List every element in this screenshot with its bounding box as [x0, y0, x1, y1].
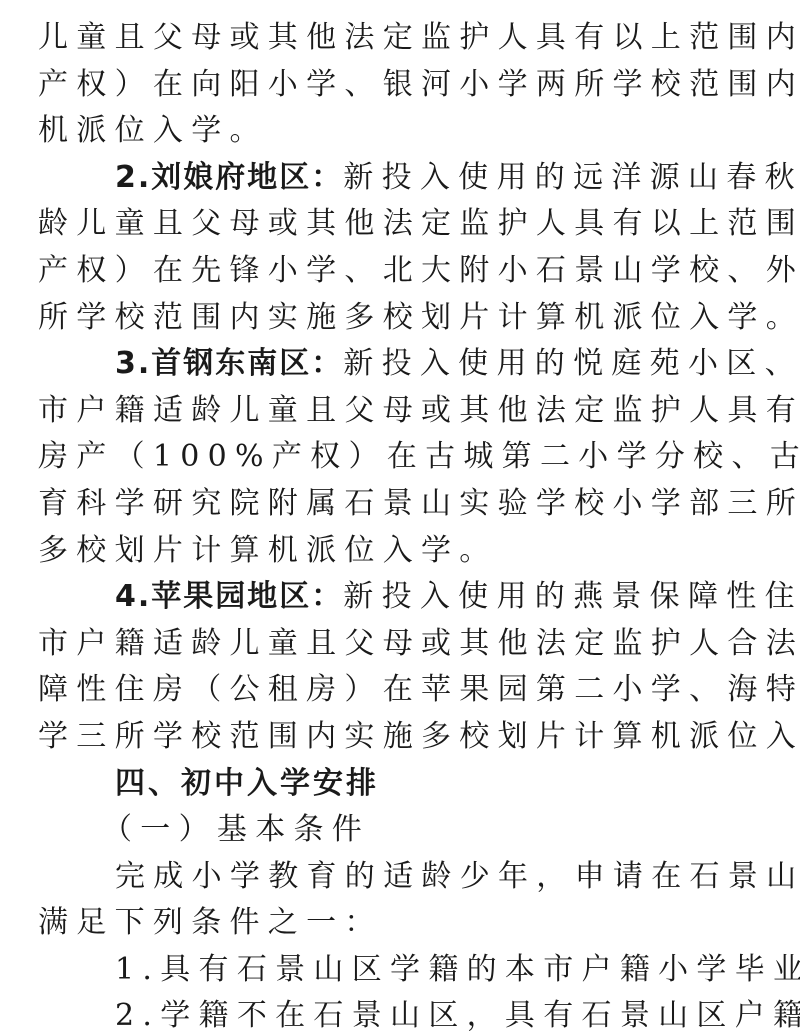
body-text-line: 产权）在向阳小学、银河小学两所学校范围内实施多校划片计算 — [38, 62, 778, 109]
section-heading: 四、初中入学安排 — [38, 761, 778, 808]
list-item-first-line: 2.刘娘府地区：新投入使用的远洋源山春秋小区本市户籍适 — [38, 155, 778, 202]
paragraph-first-line: 完成小学教育的适龄少年，申请在石景山区升入初中的，需 — [38, 854, 778, 901]
document-page: 儿童且父母或其他法定监护人具有以上范围内合法房产（100% 产权）在向阳小学、银… — [38, 15, 778, 1036]
body-text-line: 障性住房（公租房）在苹果园第二小学、海特花园小学、先锋小 — [38, 667, 778, 714]
body-text-line: 产权）在先锋小学、北大附小石景山学校、外语实验小学分校三 — [38, 248, 778, 295]
body-text-line: 市户籍适龄儿童且父母或其他法定监护人合法承租该范围内保 — [38, 621, 778, 668]
body-text-line: 学三所学校范围内实施多校划片计算机派位入学。 — [38, 714, 778, 761]
body-text-line: 市户籍适龄儿童且父母或其他法定监护人具有以上范围内合法 — [38, 388, 778, 435]
body-text-line: 儿童且父母或其他法定监护人具有以上范围内合法房产（100% — [38, 15, 778, 62]
list-item-first-line: 4.苹果园地区：新投入使用的燕景保障性住房（公租房）本 — [38, 574, 778, 621]
body-text-line: 所学校范围内实施多校划片计算机派位入学。 — [38, 295, 778, 342]
list-item-first-line: 3.首钢东南区：新投入使用的悦庭苑小区、润 雅园小区本 — [38, 341, 778, 388]
condition-item: 2.学籍不在石景山区，具有石景山区户籍或其法定监护人在 — [38, 993, 778, 1036]
item-text: 新投入使用的燕景保障性住房（公租房）本 — [343, 579, 800, 614]
body-text-line: 满足下列条件之一： — [38, 900, 778, 947]
body-text-line: 多校划片计算机派位入学。 — [38, 528, 778, 575]
condition-item: 1.具有石景山区学籍的本市户籍小学毕业生； — [38, 947, 778, 994]
item-label: 2.刘娘府地区： — [115, 160, 343, 195]
body-text-line: 龄儿童且父母或其他法定监护人具有以上范围内合法房产(100% — [38, 201, 778, 248]
item-text: 新投入使用的远洋源山春秋小区本市户籍适 — [343, 160, 800, 195]
item-label: 3.首钢东南区： — [115, 346, 343, 381]
body-text-line: 房产（100%产权）在古城第二小学分校、古城第二小学、北京教 — [38, 434, 778, 481]
body-text-line: 机派位入学。 — [38, 108, 778, 155]
subsection-heading: （一）基本条件 — [38, 807, 778, 854]
item-text: 新投入使用的悦庭苑小区、润 雅园小区本 — [343, 346, 800, 381]
body-text-line: 育科学研究院附属石景山实验学校小学部三所学校范围内实施 — [38, 481, 778, 528]
item-label: 4.苹果园地区： — [115, 579, 343, 614]
